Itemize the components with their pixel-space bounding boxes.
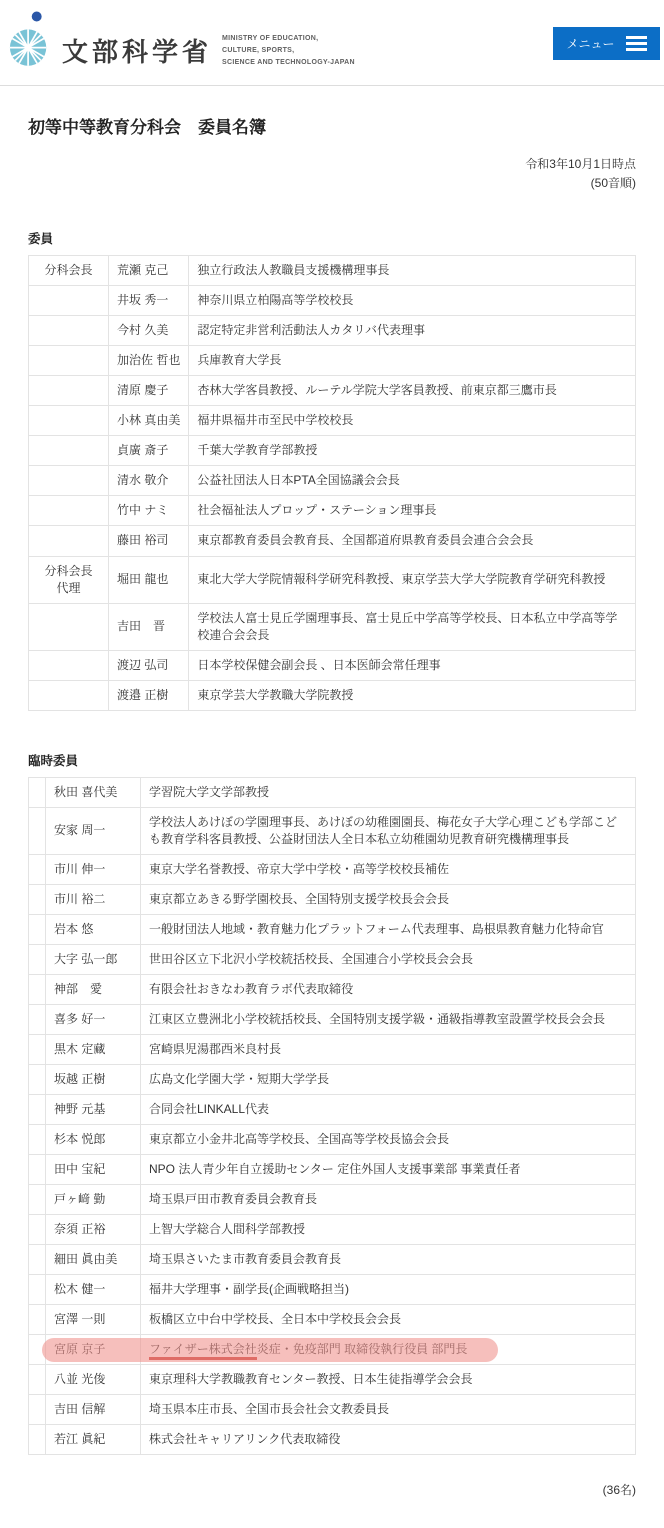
- member-name-cell: 清水 敬介: [109, 466, 189, 496]
- member-name-cell: 杉本 悦郎: [46, 1125, 141, 1155]
- member-name-cell: 喜多 好一: [46, 1004, 141, 1034]
- member-title-cell: 学習院大学文学部教授: [141, 777, 636, 807]
- member-name-cell: 戸ヶ﨑 勤: [46, 1185, 141, 1215]
- member-title-cell: 福井大学理事・副学長(企画戦略担当): [141, 1275, 636, 1305]
- empty-cell: [29, 1065, 46, 1095]
- empty-cell: [29, 807, 46, 854]
- member-role-cell: [29, 466, 109, 496]
- logo-english-line: MINISTRY OF EDUCATION,: [222, 33, 355, 45]
- member-name-cell: 宮原 京子: [46, 1335, 141, 1365]
- member-title-cell: NPO 法人青少年自立援助センター 定住外国人支援事業部 事業責任者: [141, 1155, 636, 1185]
- table-row: 渡邉 正樹東京学芸大学教職大学院教授: [29, 680, 636, 710]
- member-name-cell: 黒木 定藏: [46, 1034, 141, 1064]
- page: { "colors": { "menu_blue": "#0c6ec6", "l…: [0, 0, 664, 1498]
- empty-cell: [29, 1125, 46, 1155]
- member-title-cell: 江東区立豊洲北小学校統括校長、全国特別支援学級・通級指導教室設置学校長会会長: [141, 1004, 636, 1034]
- member-name-cell: 市川 伸一: [46, 854, 141, 884]
- mext-logo-icon: [8, 8, 52, 70]
- member-name-cell: 清原 慶子: [109, 376, 189, 406]
- table-row: 清原 慶子杏林大学客員教授、ルーテル学院大学客員教授、前東京都三鷹市長: [29, 376, 636, 406]
- menu-button[interactable]: メニュー: [553, 27, 660, 60]
- member-title-cell: 福井県福井市至民中学校校長: [189, 406, 636, 436]
- member-title-cell: 一般財団法人地域・教育魅力化プラットフォーム代表理事、島根県教育魅力化特命官: [141, 914, 636, 944]
- member-role-cell: [29, 406, 109, 436]
- temporary-members-table: 秋田 喜代美学習院大学文学部教授安家 周一学校法人あけぼの学園理事長、あけぼの幼…: [28, 777, 636, 1456]
- member-name-cell: 貞廣 斎子: [109, 436, 189, 466]
- empty-cell: [29, 1034, 46, 1064]
- table-row: 坂越 正樹広島文化学園大学・短期大学学長: [29, 1065, 636, 1095]
- member-title-cell: 合同会社LINKALL代表: [141, 1095, 636, 1125]
- empty-cell: [29, 1185, 46, 1215]
- table-row: 渡辺 弘司日本学校保健会副会長 、日本医師会常任理事: [29, 650, 636, 680]
- member-name-cell: 小林 真由美: [109, 406, 189, 436]
- member-name-cell: 松木 健一: [46, 1275, 141, 1305]
- main-content: 初等中等教育分科会 委員名簿 令和3年10月1日時点 (50音順) 委員 分科会…: [28, 113, 636, 1498]
- member-title-cell: 世田谷区立下北沢小学校統括校長、全国連合小学校長会会長: [141, 944, 636, 974]
- empty-cell: [29, 1275, 46, 1305]
- member-title-cell: 東京学芸大学教職大学院教授: [189, 680, 636, 710]
- member-title-cell: 日本学校保健会副会長 、日本医師会常任理事: [189, 650, 636, 680]
- member-name-cell: 神野 元基: [46, 1095, 141, 1125]
- page-title: 初等中等教育分科会 委員名簿: [28, 113, 636, 138]
- logo-kanji-text: 文部科学省: [62, 32, 212, 69]
- member-name-cell: 荒瀬 克己: [109, 256, 189, 286]
- empty-cell: [29, 1425, 46, 1455]
- member-role-cell: [29, 436, 109, 466]
- member-title-cell: 学校法人あけぼの学園理事長、あけぼの幼稚園園長、梅花女子大学心理こども学部こども…: [141, 807, 636, 854]
- empty-cell: [29, 777, 46, 807]
- table-row: 今村 久美認定特定非営利活動法人カタリバ代表理事: [29, 316, 636, 346]
- sort-order-note: (50音順): [28, 174, 636, 193]
- table-row: 竹中 ナミ社会福祉法人プロップ・ステーション理事長: [29, 496, 636, 526]
- member-name-cell: 吉田 晋: [109, 603, 189, 650]
- empty-cell: [29, 944, 46, 974]
- member-title-cell: 学校法人富士見丘学園理事長、富士見丘中学高等学校長、日本私立中学高等学校連合会会…: [189, 603, 636, 650]
- member-count-note: (36名): [28, 1481, 636, 1498]
- table-row: 喜多 好一江東区立豊洲北小学校統括校長、全国特別支援学級・通級指導教室設置学校長…: [29, 1004, 636, 1034]
- member-title-cell: 埼玉県戸田市教育委員会教育長: [141, 1185, 636, 1215]
- member-title-cell: ファイザー株式会社炎症・免疫部門 取締役執行役員 部門長: [141, 1335, 636, 1365]
- table-row: 宮澤 一則板橋区立中台中学校長、全日本中学校長会会長: [29, 1305, 636, 1335]
- member-name-cell: 吉田 信解: [46, 1395, 141, 1425]
- table-row: 宮原 京子ファイザー株式会社炎症・免疫部門 取締役執行役員 部門長: [29, 1335, 636, 1365]
- member-name-cell: 大字 弘一郎: [46, 944, 141, 974]
- table-row: 市川 裕二東京都立あきる野学園校長、全国特別支援学校長会会長: [29, 884, 636, 914]
- site-header: 文部科学省 MINISTRY OF EDUCATION, CULTURE, SP…: [0, 0, 664, 86]
- member-title-cell: 千葉大学教育学部教授: [189, 436, 636, 466]
- member-title-cell: 東京理科大学教職教育センター教授、日本生徒指導学会会長: [141, 1365, 636, 1395]
- member-title-cell: 社会福祉法人プロップ・ステーション理事長: [189, 496, 636, 526]
- table-row: 田中 宝紀NPO 法人青少年自立援助センター 定住外国人支援事業部 事業責任者: [29, 1155, 636, 1185]
- temporary-section-label: 臨時委員: [28, 751, 636, 769]
- member-role-cell: 分科会長 代理: [29, 556, 109, 603]
- empty-cell: [29, 1305, 46, 1335]
- as-of-date: 令和3年10月1日時点: [28, 155, 636, 174]
- member-role-cell: [29, 286, 109, 316]
- table-row: 戸ヶ﨑 勤埼玉県戸田市教育委員会教育長: [29, 1185, 636, 1215]
- table-row: 貞廣 斎子千葉大学教育学部教授: [29, 436, 636, 466]
- table-row: 藤田 裕司東京都教育委員会教育長、全国都道府県教育委員会連合会会長: [29, 526, 636, 556]
- member-name-cell: 今村 久美: [109, 316, 189, 346]
- member-name-cell: 竹中 ナミ: [109, 496, 189, 526]
- table-row: 大字 弘一郎世田谷区立下北沢小学校統括校長、全国連合小学校長会会長: [29, 944, 636, 974]
- empty-cell: [29, 854, 46, 884]
- member-title-cell: 板橋区立中台中学校長、全日本中学校長会会長: [141, 1305, 636, 1335]
- empty-cell: [29, 884, 46, 914]
- members-section-label: 委員: [28, 229, 636, 247]
- member-role-cell: [29, 603, 109, 650]
- table-row: 秋田 喜代美学習院大学文学部教授: [29, 777, 636, 807]
- member-name-cell: 岩本 悠: [46, 914, 141, 944]
- table-row: 神部 愛有限会社おきなわ教育ラボ代表取締役: [29, 974, 636, 1004]
- member-title-cell: 東京大学名誉教授、帝京大学中学校・高等学校校長補佐: [141, 854, 636, 884]
- member-role-cell: [29, 346, 109, 376]
- empty-cell: [29, 974, 46, 1004]
- empty-cell: [29, 1245, 46, 1275]
- empty-cell: [29, 1215, 46, 1245]
- member-title-cell: 埼玉県さいたま市教育委員会教育長: [141, 1245, 636, 1275]
- empty-cell: [29, 1335, 46, 1365]
- member-name-cell: 安家 周一: [46, 807, 141, 854]
- member-name-cell: 市川 裕二: [46, 884, 141, 914]
- member-title-cell: 東京都教育委員会教育長、全国都道府県教育委員会連合会会長: [189, 526, 636, 556]
- member-name-cell: 八並 光俊: [46, 1365, 141, 1395]
- member-title-cell: 公益社団法人日本PTA全国協議会会長: [189, 466, 636, 496]
- table-row: 清水 敬介公益社団法人日本PTA全国協議会会長: [29, 466, 636, 496]
- member-title-cell: 株式会社キャリアリンク代表取締役: [141, 1425, 636, 1455]
- table-row: 小林 真由美福井県福井市至民中学校校長: [29, 406, 636, 436]
- member-role-cell: 分科会長: [29, 256, 109, 286]
- table-row: 杉本 悦郎東京都立小金井北高等学校長、全国高等学校長協会会長: [29, 1125, 636, 1155]
- empty-cell: [29, 1155, 46, 1185]
- empty-cell: [29, 1095, 46, 1125]
- member-title-cell: 東京都立あきる野学園校長、全国特別支援学校長会会長: [141, 884, 636, 914]
- member-title-cell: 埼玉県本庄市長、全国市長会社会文教委員長: [141, 1395, 636, 1425]
- member-title-cell: 広島文化学園大学・短期大学学長: [141, 1065, 636, 1095]
- logo-english-line: SCIENCE AND TECHNOLOGY-JAPAN: [222, 57, 355, 69]
- red-underline: ファイザー株式会社: [149, 1342, 257, 1360]
- member-title-cell: 認定特定非営利活動法人カタリバ代表理事: [189, 316, 636, 346]
- member-title-cell: 兵庫教育大学長: [189, 346, 636, 376]
- menu-button-label: メニュー: [566, 35, 614, 52]
- table-row: 奈須 正裕上智大学総合人間科学部教授: [29, 1215, 636, 1245]
- member-name-cell: 宮澤 一則: [46, 1305, 141, 1335]
- table-row: 細田 眞由美埼玉県さいたま市教育委員会教育長: [29, 1245, 636, 1275]
- member-title-cell: 東北大学大学院情報科学研究科教授、東京学芸大学大学院教育学研究科教授: [189, 556, 636, 603]
- table-row: 八並 光俊東京理科大学教職教育センター教授、日本生徒指導学会会長: [29, 1365, 636, 1395]
- member-name-cell: 加治佐 哲也: [109, 346, 189, 376]
- table-row: 岩本 悠一般財団法人地域・教育魅力化プラットフォーム代表理事、島根県教育魅力化特…: [29, 914, 636, 944]
- member-role-cell: [29, 526, 109, 556]
- member-name-cell: 渡邉 正樹: [109, 680, 189, 710]
- table-row: 吉田 信解埼玉県本庄市長、全国市長会社会文教委員長: [29, 1395, 636, 1425]
- member-name-cell: 堀田 龍也: [109, 556, 189, 603]
- logo-english-line: CULTURE, SPORTS,: [222, 45, 355, 57]
- table-row: 神野 元基合同会社LINKALL代表: [29, 1095, 636, 1125]
- member-role-cell: [29, 650, 109, 680]
- member-name-cell: 井坂 秀一: [109, 286, 189, 316]
- date-block: 令和3年10月1日時点 (50音順): [28, 155, 636, 192]
- member-name-cell: 奈須 正裕: [46, 1215, 141, 1245]
- member-role-cell: [29, 680, 109, 710]
- empty-cell: [29, 1004, 46, 1034]
- member-title-cell: 神奈川県立柏陽高等学校校長: [189, 286, 636, 316]
- member-title-cell: 宮崎県児湯郡西米良村長: [141, 1034, 636, 1064]
- table-row: 井坂 秀一神奈川県立柏陽高等学校校長: [29, 286, 636, 316]
- member-name-cell: 田中 宝紀: [46, 1155, 141, 1185]
- empty-cell: [29, 914, 46, 944]
- member-title-cell: 上智大学総合人間科学部教授: [141, 1215, 636, 1245]
- table-row: 松木 健一福井大学理事・副学長(企画戦略担当): [29, 1275, 636, 1305]
- members-table: 分科会長荒瀬 克己独立行政法人教職員支援機構理事長井坂 秀一神奈川県立柏陽高等学…: [28, 255, 636, 711]
- member-name-cell: 神部 愛: [46, 974, 141, 1004]
- hamburger-icon: [626, 36, 647, 51]
- member-title-cell: 有限会社おきなわ教育ラボ代表取締役: [141, 974, 636, 1004]
- member-role-cell: [29, 496, 109, 526]
- member-title-cell: 杏林大学客員教授、ルーテル学院大学客員教授、前東京都三鷹市長: [189, 376, 636, 406]
- member-title-cell: 東京都立小金井北高等学校長、全国高等学校長協会会長: [141, 1125, 636, 1155]
- table-row: 安家 周一学校法人あけぼの学園理事長、あけぼの幼稚園園長、梅花女子大学心理こども…: [29, 807, 636, 854]
- member-name-cell: 秋田 喜代美: [46, 777, 141, 807]
- logo-english-text: MINISTRY OF EDUCATION, CULTURE, SPORTS, …: [222, 33, 355, 69]
- member-title-cell: 独立行政法人教職員支援機構理事長: [189, 256, 636, 286]
- table-row: 市川 伸一東京大学名誉教授、帝京大学中学校・高等学校校長補佐: [29, 854, 636, 884]
- table-row: 加治佐 哲也兵庫教育大学長: [29, 346, 636, 376]
- member-role-cell: [29, 316, 109, 346]
- member-name-cell: 渡辺 弘司: [109, 650, 189, 680]
- table-row: 吉田 晋学校法人富士見丘学園理事長、富士見丘中学高等学校長、日本私立中学高等学校…: [29, 603, 636, 650]
- table-row: 黒木 定藏宮崎県児湯郡西米良村長: [29, 1034, 636, 1064]
- member-name-cell: 若江 眞紀: [46, 1425, 141, 1455]
- empty-cell: [29, 1365, 46, 1395]
- member-name-cell: 細田 眞由美: [46, 1245, 141, 1275]
- table-row: 分科会長 代理堀田 龍也東北大学大学院情報科学研究科教授、東京学芸大学大学院教育…: [29, 556, 636, 603]
- table-row: 分科会長荒瀬 克己独立行政法人教職員支援機構理事長: [29, 256, 636, 286]
- empty-cell: [29, 1395, 46, 1425]
- member-role-cell: [29, 376, 109, 406]
- member-name-cell: 坂越 正樹: [46, 1065, 141, 1095]
- mext-logo-link[interactable]: 文部科学省 MINISTRY OF EDUCATION, CULTURE, SP…: [8, 8, 355, 70]
- member-name-cell: 藤田 裕司: [109, 526, 189, 556]
